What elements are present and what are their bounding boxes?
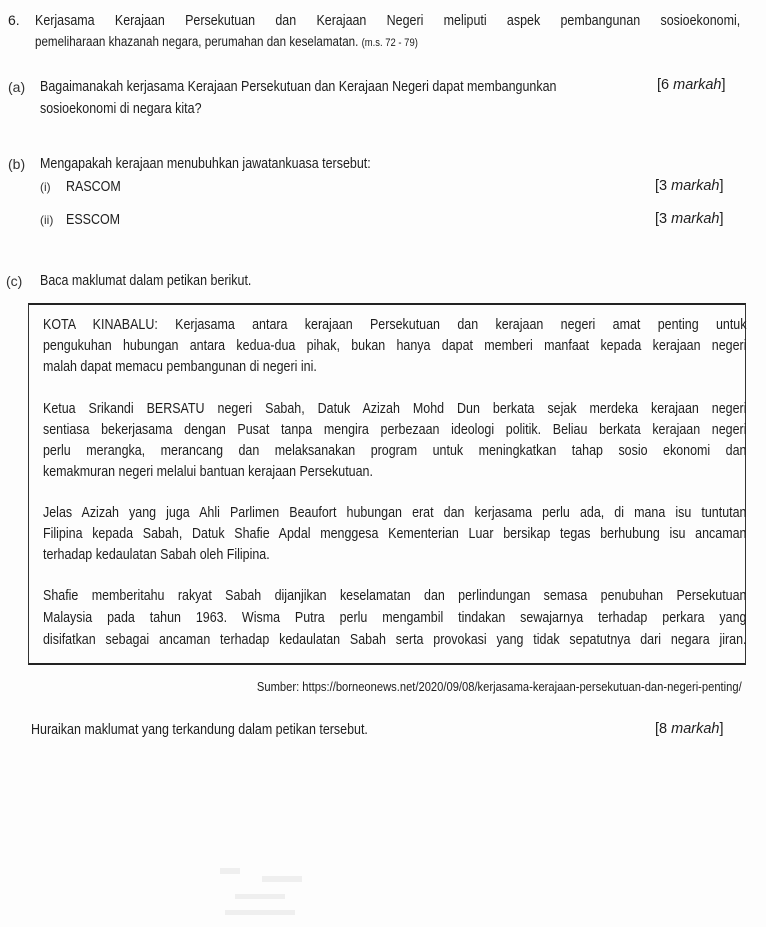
part-a-label: (a) bbox=[8, 79, 25, 95]
part-a-line2: sosioekonomi di negara kita? bbox=[40, 101, 202, 117]
marks-word: markah bbox=[673, 77, 721, 93]
part-c-task: Huraikan maklumat yang terkandung dalam … bbox=[31, 722, 368, 738]
question-stem-line2: pemeliharaan khazanah negara, perumahan … bbox=[35, 34, 418, 49]
marks-close: ] bbox=[721, 77, 725, 93]
passage-p2-line4: kemakmuran negeri melalui bantuan keraja… bbox=[43, 464, 373, 480]
part-b-item-ii-label: (ii) bbox=[40, 213, 53, 227]
part-b-prompt: Mengapakah kerajaan menubuhkan jawatanku… bbox=[40, 156, 371, 172]
part-b-item-i-label: (i) bbox=[40, 180, 51, 194]
part-c-marks: [8 markah] bbox=[655, 721, 724, 737]
marks-number: [3 bbox=[655, 178, 667, 194]
passage-p2-line3: perlu merangka, merancang dan melaksanak… bbox=[43, 443, 746, 459]
marks-close: ] bbox=[719, 211, 723, 227]
passage-p4-line1: Shafie memberitahu rakyat Sabah dijanjik… bbox=[43, 588, 746, 604]
marks-word: markah bbox=[671, 211, 719, 227]
marks-close: ] bbox=[719, 721, 723, 737]
passage-p4-line3: disifatkan sebagai ancaman terhadap keda… bbox=[43, 632, 746, 648]
part-b-item-i-marks: [3 markah] bbox=[655, 178, 724, 194]
question-number: 6. bbox=[8, 12, 20, 28]
bleed-through-mark bbox=[220, 868, 240, 874]
part-b-item-ii-text: ESSCOM bbox=[66, 212, 120, 228]
part-b-item-ii-marks: [3 markah] bbox=[655, 211, 724, 227]
bleed-through-mark bbox=[235, 894, 285, 899]
bleed-through-mark bbox=[225, 910, 295, 915]
question-stem-line1: Kerjasama Kerajaan Persekutuan dan Keraj… bbox=[35, 13, 740, 29]
passage-p1-line2: pengukuhan hubungan antara kedua-dua pih… bbox=[43, 338, 746, 354]
part-a-marks: [6 markah] bbox=[657, 77, 726, 93]
passage-p2-line2: sentiasa bekerjasama dengan Pusat tanpa … bbox=[43, 422, 746, 438]
passage-p3-line2: Filipina kepada Sabah, Datuk Shafie Apda… bbox=[43, 526, 746, 542]
part-b-item-i-text: RASCOM bbox=[66, 179, 121, 195]
part-c-prompt: Baca maklumat dalam petikan berikut. bbox=[40, 273, 251, 289]
news-excerpt-box: KOTA KINABALU: Kerjasama antara kerajaan… bbox=[28, 303, 746, 665]
part-b-label: (b) bbox=[8, 156, 25, 172]
source-citation: Sumber: https://borneonews.net/2020/09/0… bbox=[257, 679, 742, 694]
passage-p4-line2: Malaysia pada tahun 1963. Wisma Putra pe… bbox=[43, 610, 746, 626]
passage-p2-line1: Ketua Srikandi BERSATU negeri Sabah, Dat… bbox=[43, 401, 746, 417]
marks-word: markah bbox=[671, 178, 719, 194]
marks-number: [6 bbox=[657, 77, 669, 93]
part-c-label: (c) bbox=[6, 273, 22, 289]
page-reference: (m.s. 72 - 79) bbox=[362, 37, 418, 49]
question-stem-text: pemeliharaan khazanah negara, perumahan … bbox=[35, 34, 358, 49]
passage-p1-line1: KOTA KINABALU: Kerjasama antara kerajaan… bbox=[43, 317, 746, 333]
passage-p1-line3: malah dapat memacu pembangunan di negeri… bbox=[43, 359, 317, 375]
marks-word: markah bbox=[671, 721, 719, 737]
passage-p3-line1: Jelas Azizah yang juga Ahli Parlimen Bea… bbox=[43, 505, 746, 521]
marks-number: [8 bbox=[655, 721, 667, 737]
marks-number: [3 bbox=[655, 211, 667, 227]
bleed-through-mark bbox=[262, 876, 302, 882]
part-a-line1: Bagaimanakah kerjasama Kerajaan Persekut… bbox=[40, 79, 556, 95]
passage-p3-line3: terhadap kedaulatan Sabah oleh Filipina. bbox=[43, 547, 270, 563]
marks-close: ] bbox=[719, 178, 723, 194]
